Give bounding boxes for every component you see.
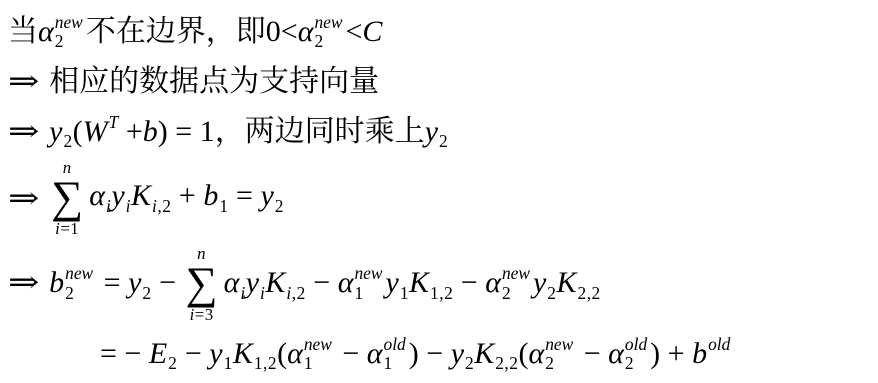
math-variable: α [367,337,383,370]
math-symbol: 2 [142,283,151,303]
math-variable: y [533,266,546,299]
subscript: 1,2 [254,353,277,373]
math-symbol: ( [518,337,528,370]
scripts-stack: new2 [502,264,530,302]
subscript: 2 [142,283,151,303]
math-derivation-page: 当αnew2不在边界，即0<αnew2<C ⇒相应的数据点为支持向量 ⇒y2(W… [0,0,878,383]
math-variable: old [625,334,647,354]
math-symbol: =1 [60,219,79,238]
math-symbol: 2 [465,353,474,373]
subscript: 1 [384,354,393,373]
math-symbol: 1 [219,196,228,216]
superscript: new [304,335,332,354]
superscript: new [545,335,573,354]
subscript: 2 [502,284,511,303]
implies-arrow-icon: ⇒ [8,64,39,99]
math-variable: α [287,337,303,370]
superscript: old [708,334,730,354]
math-symbol: + [171,179,203,212]
math-symbol: 2 [439,131,448,151]
subscript: 1,2 [430,283,453,303]
subscript: 1 [400,283,409,303]
math-symbol: − [453,266,485,299]
math-symbol: 2 [625,353,634,373]
math-variable: y [128,266,141,299]
math-symbol: − [177,337,209,370]
math-variable: b [49,266,64,299]
scripts-stack: new2 [55,13,83,51]
chinese-text: 相应的数据点为支持向量 [49,65,379,98]
math-symbol: 2,2 [495,353,518,373]
math-symbol: 2,2 [578,283,601,303]
math-symbol: < [281,15,298,48]
math-symbol: 2 [547,283,556,303]
chinese-text: ，两边同时乘上 [215,115,425,148]
math-variable: y [385,266,398,299]
subscript: i,2 [286,283,305,303]
scripts-stack: new2 [545,335,573,373]
math-symbol: 2 [63,131,72,151]
formula-run: = − E2 − y1K1,2(αnew1 − αold1) − y2K2,2(… [100,334,730,374]
math-variable: b [143,115,158,148]
math-variable: new [55,12,83,32]
chinese-text: 不在边界， [86,15,236,48]
formula-line-2: ⇒相应的数据点为支持向量 [8,54,874,102]
subscript: 1 [304,354,313,373]
scripts-stack: old2 [625,335,647,373]
math-symbol: ) = 1 [158,115,215,148]
math-variable: y [49,115,62,148]
math-symbol: ( [277,337,287,370]
subscript: 2 [465,353,474,373]
subscript: 2 [439,131,448,151]
math-variable: y [111,179,124,212]
superscript: new [314,13,342,32]
math-variable: K [131,179,151,212]
scripts-stack: old1 [384,335,406,373]
math-variable: y [209,337,222,370]
math-variable: old [384,334,406,354]
math-variable: α [528,337,544,370]
formula-run: αiyiKi,2 + b1 = y2 [89,179,284,216]
math-symbol: ,2 [157,196,171,216]
math-symbol: = − [100,337,149,370]
superscript: new [354,264,382,283]
scripts-stack: new2 [314,13,342,51]
math-symbol: ,2 [292,283,306,303]
subscript: 2 [545,354,554,373]
math-symbol: + [118,115,142,148]
subscript: 2 [625,354,634,373]
superscript: new [65,264,93,283]
subscript: 2 [314,32,323,51]
sum-lower-limit: i=3 [190,305,214,324]
formula-line-3: ⇒y2(WT +b) = 1，两边同时乘上y2 [8,102,874,156]
math-variable: C [362,15,382,48]
formula-run: ⇒bnew2 = y2 − [8,264,184,303]
formula-run: 当αnew2不在边界，即0<αnew2<C [8,6,382,51]
math-symbol: < [345,15,362,48]
subscript: 2 [55,32,64,51]
summation: n∑i=1 [51,158,83,238]
math-symbol: 2 [275,196,284,216]
subscript: 1 [354,284,363,303]
chinese-text: 当 [8,15,38,48]
scripts-stack: new1 [304,335,332,373]
math-variable: α [608,337,624,370]
math-variable: α [89,179,105,212]
math-variable: α [298,15,314,48]
math-symbol: ( [73,115,83,148]
math-variable: y [425,115,438,148]
math-symbol: 2 [314,31,323,51]
math-variable: K [557,266,577,299]
summation: n∑i=3 [186,244,218,324]
implies-arrow-icon: ⇒ [8,181,39,216]
math-variable: K [474,337,494,370]
math-symbol: 2 [168,353,177,373]
math-symbol: ) − [409,337,451,370]
math-symbol: 2 [65,283,74,303]
math-symbol: ) + [650,337,692,370]
math-variable: W [83,115,108,148]
math-symbol: 0 [266,15,281,48]
superscript: old [625,335,647,354]
math-symbol: 1 [304,353,313,373]
subscript: 2 [63,131,72,151]
subscript: 1 [224,353,233,373]
math-variable: new [545,334,573,354]
math-variable: K [233,337,253,370]
subscript: 2 [547,283,556,303]
math-symbol: − [152,266,184,299]
math-variable: α [38,15,54,48]
math-symbol: 1 [354,283,363,303]
math-variable: new [65,263,93,283]
math-variable: b [692,337,707,370]
scripts-stack: new1 [354,264,382,302]
math-symbol: = [96,266,128,299]
math-symbol: =3 [195,305,214,324]
superscript: new [502,264,530,283]
math-variable: y [260,179,273,212]
math-symbol: 1 [400,283,409,303]
formula-line-4: ⇒n∑i=1αiyiKi,2 + b1 = y2 [8,156,874,240]
math-variable: new [304,334,332,354]
math-variable: E [149,337,167,370]
formula-run: ⇒相应的数据点为支持向量 [8,56,379,100]
math-symbol: 1 [224,353,233,373]
math-symbol: 2 [502,283,511,303]
scripts-stack: new2 [65,264,93,302]
chinese-text: 即 [236,15,266,48]
math-variable: y [246,266,259,299]
subscript: 2 [65,284,74,303]
subscript: 2 [275,196,284,216]
math-variable: y [451,337,464,370]
math-symbol: = [229,179,261,212]
subscript: 2,2 [495,353,518,373]
math-variable: K [409,266,429,299]
sigma-icon: ∑ [186,263,218,304]
sum-lower-limit: i=1 [55,219,79,238]
superscript: old [384,335,406,354]
subscript: 1 [219,196,228,216]
formula-run: αiyiKi,2 − αnew1y1K1,2 − αnew2y2K2,2 [224,264,601,303]
math-variable: T [109,112,119,132]
math-symbol: − [576,337,608,370]
sigma-icon: ∑ [51,177,83,218]
math-variable: new [502,263,530,283]
math-symbol: 1 [384,353,393,373]
formula-run: ⇒y2(WT +b) = 1，两边同时乘上y2 [8,106,448,152]
implies-arrow-icon: ⇒ [8,114,39,149]
subscript: i,2 [152,196,171,216]
math-symbol: − [335,337,367,370]
math-variable: K [265,266,285,299]
math-symbol: − [306,266,338,299]
math-variable: new [354,263,382,283]
math-variable: α [485,266,501,299]
math-variable: old [708,334,730,354]
implies-arrow-icon: ⇒ [8,265,39,300]
math-variable: b [203,179,218,212]
math-symbol: 1,2 [430,283,453,303]
math-variable: α [224,266,240,299]
subscript: 2 [168,353,177,373]
math-variable: α [338,266,354,299]
formula-run: ⇒ [8,181,49,216]
math-symbol: 1,2 [254,353,277,373]
math-symbol: 2 [55,31,64,51]
math-variable: new [314,12,342,32]
formula-line-1: 当αnew2不在边界，即0<αnew2<C [8,4,874,54]
formula-line-5: ⇒bnew2 = y2 − n∑i=3αiyiKi,2 − αnew1y1K1,… [8,240,874,328]
math-symbol: 2 [545,353,554,373]
subscript: 2,2 [578,283,601,303]
formula-line-6: = − E2 − y1K1,2(αnew1 − αold1) − y2K2,2(… [8,328,874,380]
superscript: new [55,13,83,32]
superscript: T [109,112,119,132]
